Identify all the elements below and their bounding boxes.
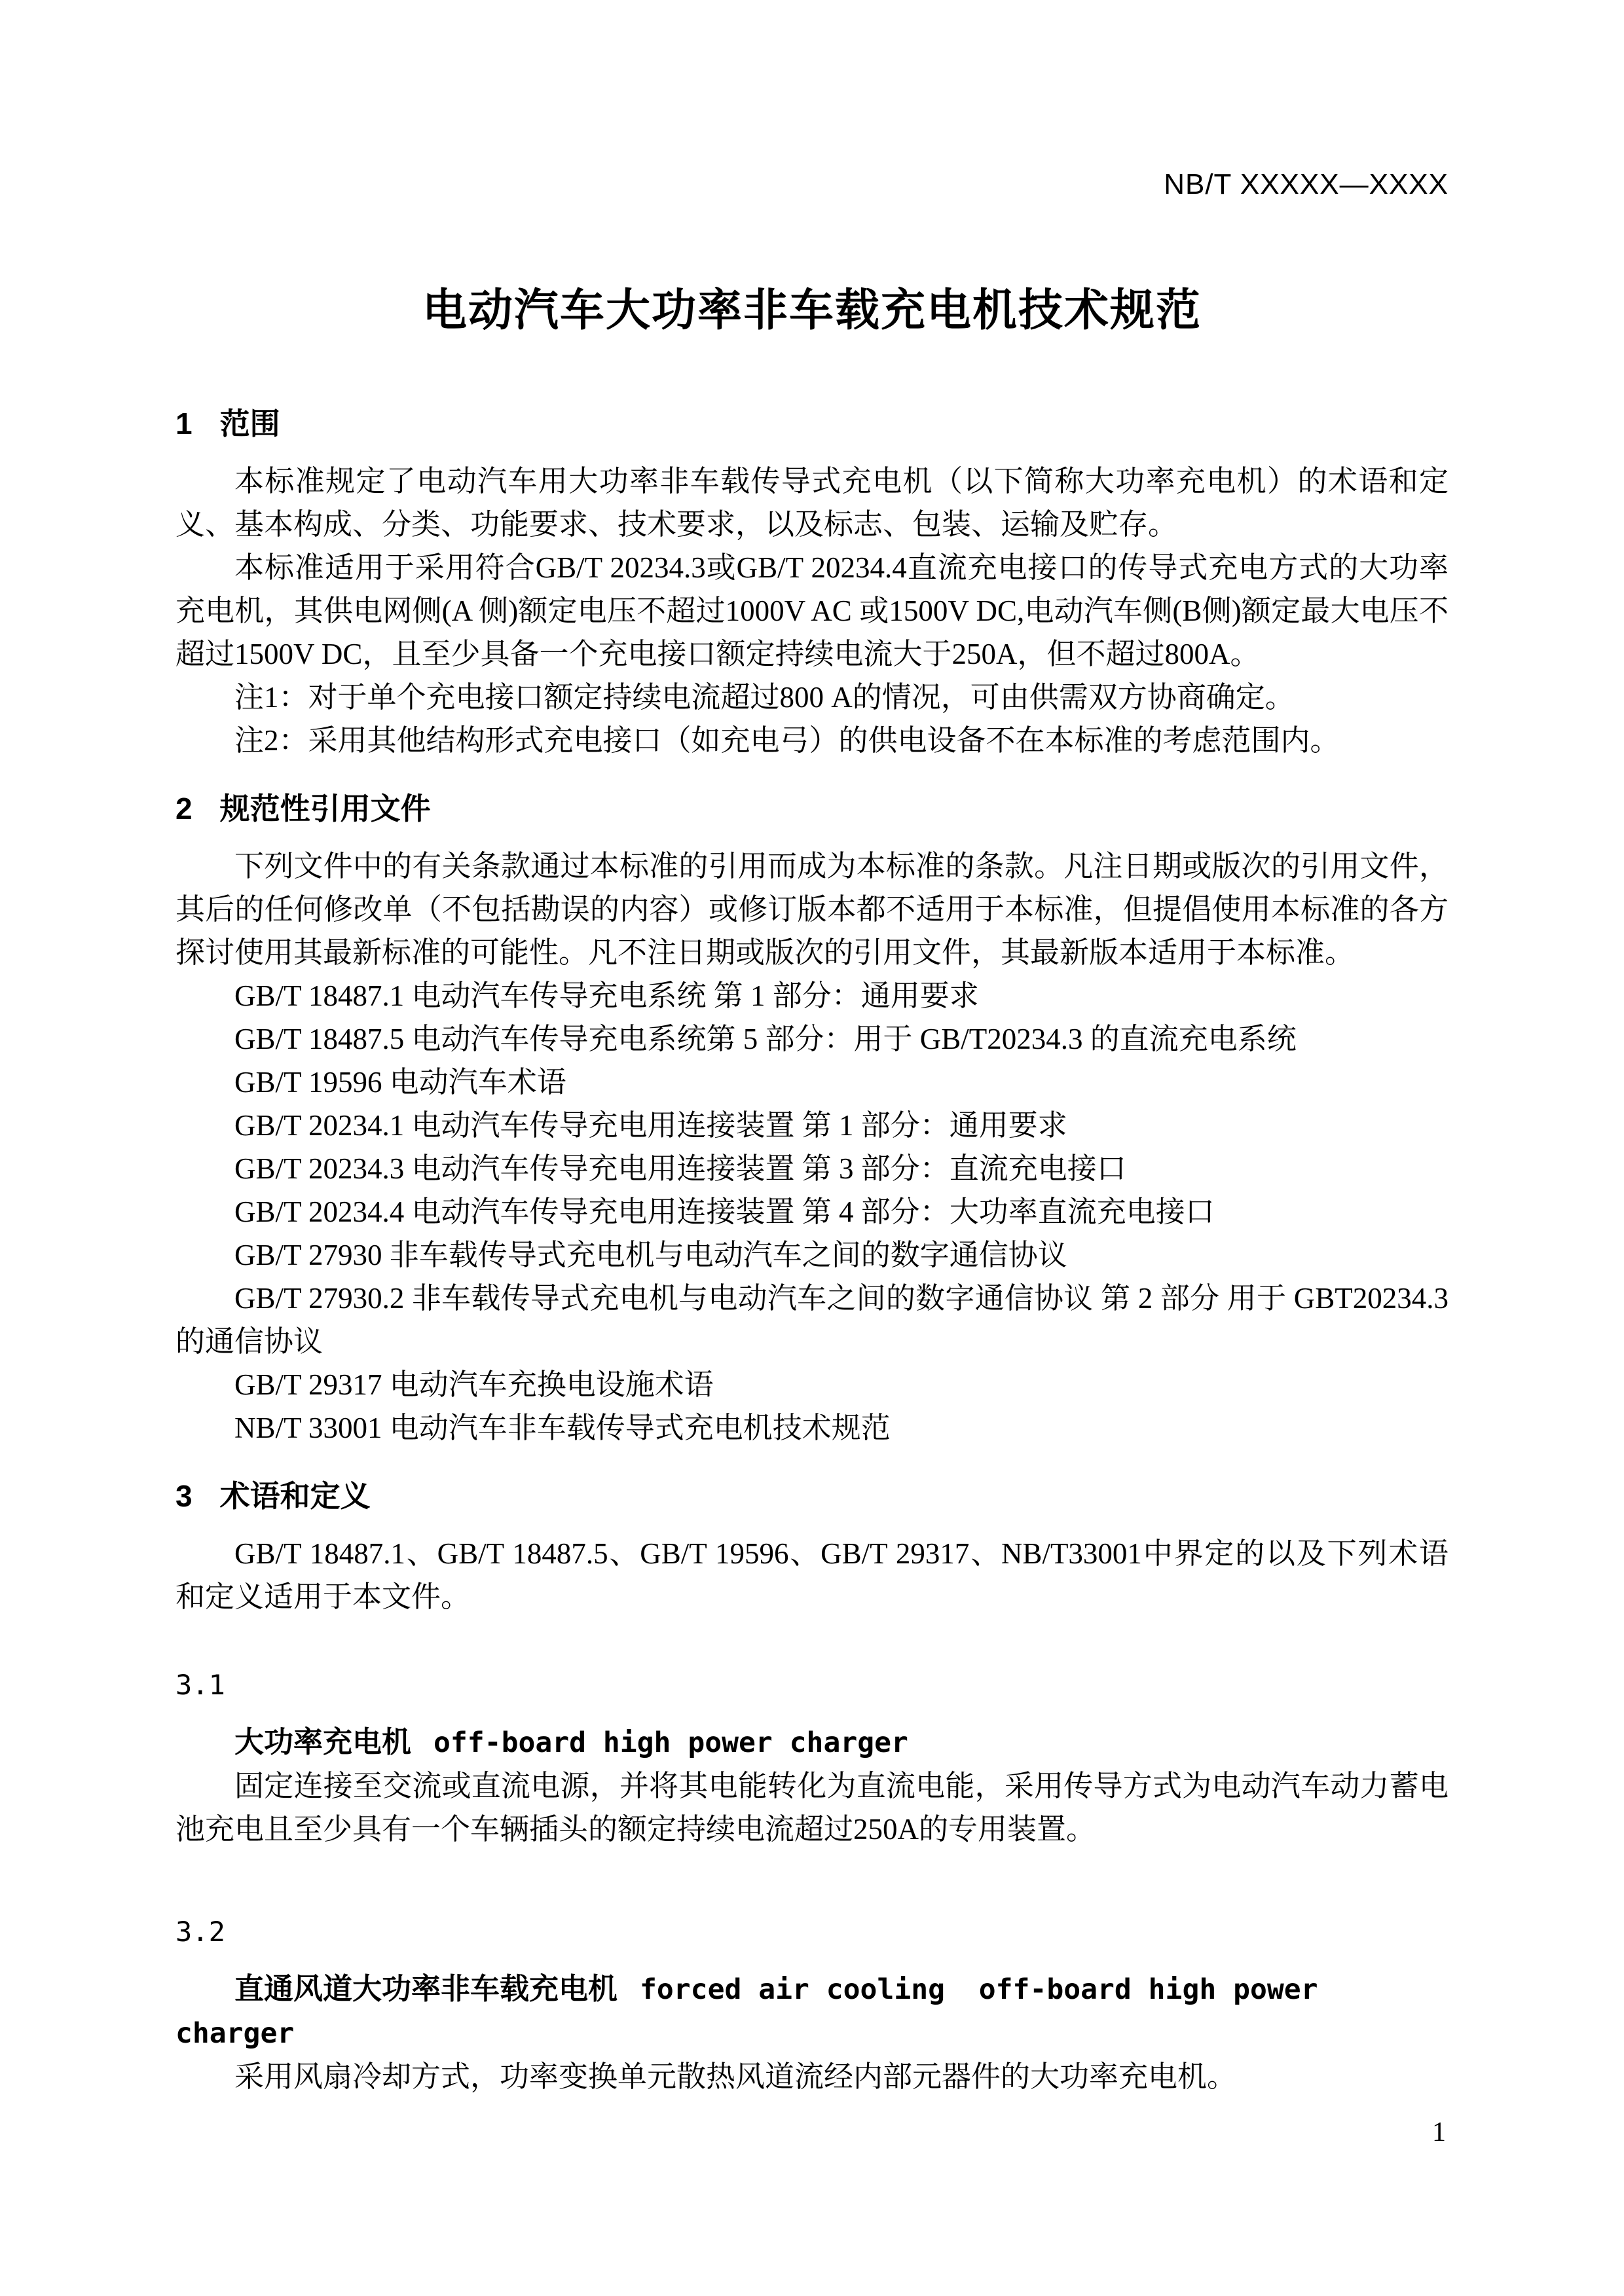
scope-paragraph-1: 本标准规定了电动汽车用大功率非车载传导式充电机（以下简称大功率充电机）的术语和定… <box>175 460 1449 546</box>
reference-item: GB/T 20234.4 电动汽车传导充电用连接装置 第 4 部分：大功率直流充… <box>175 1190 1449 1233</box>
page-number: 1 <box>1432 2117 1446 2148</box>
term-definition-3-2: 采用风扇冷却方式，功率变换单元散热风道流经内部元器件的大功率充电机。 <box>175 2055 1449 2098</box>
clause-number-3-2: 3.2 <box>175 1914 1449 1950</box>
scope-paragraph-2: 本标准适用于采用符合GB/T 20234.3或GB/T 20234.4直流充电接… <box>175 546 1449 676</box>
section-2-label: 规范性引用文件 <box>220 792 431 826</box>
section-1-number: 1 <box>175 405 193 443</box>
reference-item: GB/T 19596 电动汽车术语 <box>175 1061 1449 1104</box>
reference-item: GB/T 29317 电动汽车充换电设施术语 <box>175 1363 1449 1406</box>
section-2-number: 2 <box>175 790 193 828</box>
term-zh-3-1: 大功率充电机 <box>234 1725 411 1758</box>
doc-title: 电动汽车大功率非车载充电机技术规范 <box>175 283 1449 338</box>
scope-note-2: 注2：采用其他结构形式充电接口（如充电弓）的供电设备不在本标准的考虑范围内。 <box>175 719 1449 762</box>
section-2-heading: 2规范性引用文件 <box>175 790 1449 828</box>
term-heading-3-2: 直通风道大功率非车载充电机forced air cooling off-boar… <box>175 1967 1449 2055</box>
section-1-heading: 1范围 <box>175 405 1449 443</box>
term-heading-3-1: 大功率充电机off-board high power charger <box>175 1721 1449 1764</box>
reference-item: NB/T 33001 电动汽车非车载传导式充电机技术规范 <box>175 1406 1449 1449</box>
doc-code-header: NB/T XXXXX—XXXX <box>175 169 1449 200</box>
term-zh-3-2: 直通风道大功率非车载充电机 <box>234 1972 618 2005</box>
reference-item: GB/T 27930 非车载传导式充电机与电动汽车之间的数字通信协议 <box>175 1233 1449 1277</box>
terms-intro: GB/T 18487.1、GB/T 18487.5、GB/T 19596、GB/… <box>175 1532 1449 1618</box>
section-1-label: 范围 <box>220 407 280 441</box>
section-3-label: 术语和定义 <box>220 1479 371 1513</box>
scope-note-1: 注1：对于单个充电接口额定持续电流超过800 A的情况，可由供需双方协商确定。 <box>175 676 1449 719</box>
section-3-number: 3 <box>175 1477 193 1515</box>
reference-item: GB/T 20234.1 电动汽车传导充电用连接装置 第 1 部分：通用要求 <box>175 1104 1449 1147</box>
reference-item: GB/T 18487.5 电动汽车传导充电系统第 5 部分：用于 GB/T202… <box>175 1017 1449 1061</box>
reference-item: GB/T 20234.3 电动汽车传导充电用连接装置 第 3 部分：直流充电接口 <box>175 1147 1449 1190</box>
term-definition-3-1: 固定连接至交流或直流电源，并将其电能转化为直流电能，采用传导方式为电动汽车动力蓄… <box>175 1764 1449 1851</box>
document-page: NB/T XXXXX—XXXX 电动汽车大功率非车载充电机技术规范 1范围 本标… <box>0 0 1624 2296</box>
term-en-3-1: off-board high power charger <box>434 1726 908 1759</box>
reference-item: GB/T 27930.2 非车载传导式充电机与电动汽车之间的数字通信协议 第 2… <box>175 1277 1449 1363</box>
reference-item: GB/T 18487.1 电动汽车传导充电系统 第 1 部分：通用要求 <box>175 974 1449 1017</box>
references-intro: 下列文件中的有关条款通过本标准的引用而成为本标准的条款。凡注日期或版次的引用文件… <box>175 845 1449 974</box>
section-3-heading: 3术语和定义 <box>175 1477 1449 1515</box>
clause-number-3-1: 3.1 <box>175 1667 1449 1704</box>
